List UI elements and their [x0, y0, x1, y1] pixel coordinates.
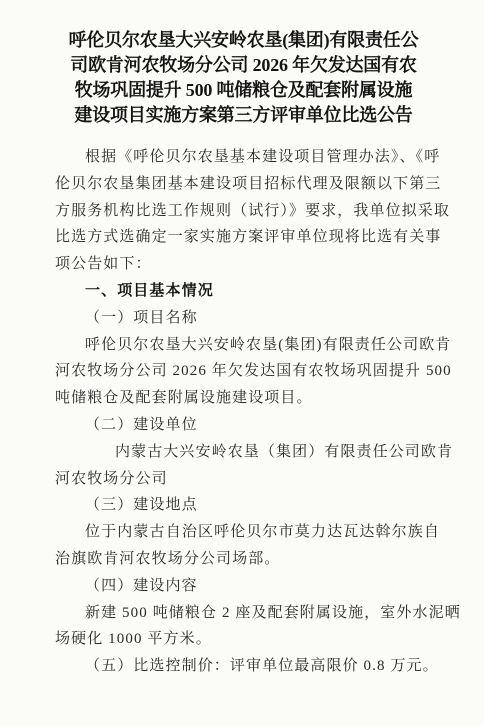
intro-paragraph-line: 比选方式选确定一家实施方案评审单位现将比选有关事 — [55, 224, 440, 251]
construction-content-line: 场硬化 1000 平方米。 — [55, 626, 440, 653]
construction-site-line: 治旗欧肯河农牧场分公司场部。 — [55, 546, 440, 573]
title-line: 司欧肯河农牧场分公司 2026 年欠发达国有农 — [51, 53, 436, 78]
project-name-line: 吨储粮仓及配套附属设施建设项目。 — [55, 385, 440, 412]
announcement-document-page: 呼伦贝尔农垦大兴安岭农垦(集团)有限责任公 司欧肯河农牧场分公司 2026 年欠… — [0, 0, 484, 726]
intro-paragraph-line: 根据《呼伦贝尔农垦基本建设项目管理办法》、《呼 — [55, 144, 440, 171]
construction-content-line: 新建 500 吨储粮仓 2 座及配套附属设施，室外水泥晒 — [55, 600, 440, 627]
intro-paragraph-line: 项公告如下： — [55, 251, 440, 278]
subsection-heading-project-name: （一）项目名称 — [55, 305, 440, 332]
construction-unit-line: 内蒙古大兴安岭农垦（集团）有限责任公司欧肯 — [55, 439, 440, 466]
construction-unit-line: 河农牧场分公司 — [55, 466, 440, 493]
document-title: 呼伦贝尔农垦大兴安岭农垦(集团)有限责任公 司欧肯河农牧场分公司 2026 年欠… — [51, 28, 436, 128]
title-line: 建设项目实施方案第三方评审单位比选公告 — [51, 103, 436, 128]
project-name-line: 呼伦贝尔农垦大兴安岭农垦(集团)有限责任公司欧肯 — [55, 332, 440, 359]
document-body: 根据《呼伦贝尔农垦基本建设项目管理办法》、《呼 伦贝尔农垦集团基本建设项目招标代… — [55, 144, 440, 680]
section-heading-basic-info: 一、项目基本情况 — [55, 278, 440, 305]
subsection-heading-construction-unit: （二）建设单位 — [55, 412, 440, 439]
title-line: 呼伦贝尔农垦大兴安岭农垦(集团)有限责任公 — [51, 28, 436, 53]
construction-site-line: 位于内蒙古自治区呼伦贝尔市莫力达瓦达斡尔族自 — [55, 519, 440, 546]
intro-paragraph-line: 伦贝尔农垦集团基本建设项目招标代理及限额以下第三 — [55, 171, 440, 198]
intro-paragraph-line: 方服务机构比选工作规则（试行）》要求，我单位拟采取 — [55, 198, 440, 225]
price-limit-line: （五）比选控制价：评审单位最高限价 0.8 万元。 — [55, 653, 440, 680]
subsection-heading-construction-content: （四）建设内容 — [55, 573, 440, 600]
project-name-line: 河农牧场分公司 2026 年欠发达国有农牧场巩固提升 500 — [55, 358, 440, 385]
title-line: 牧场巩固提升 500 吨储粮仓及配套附属设施 — [51, 78, 436, 103]
subsection-heading-construction-site: （三）建设地点 — [55, 492, 440, 519]
